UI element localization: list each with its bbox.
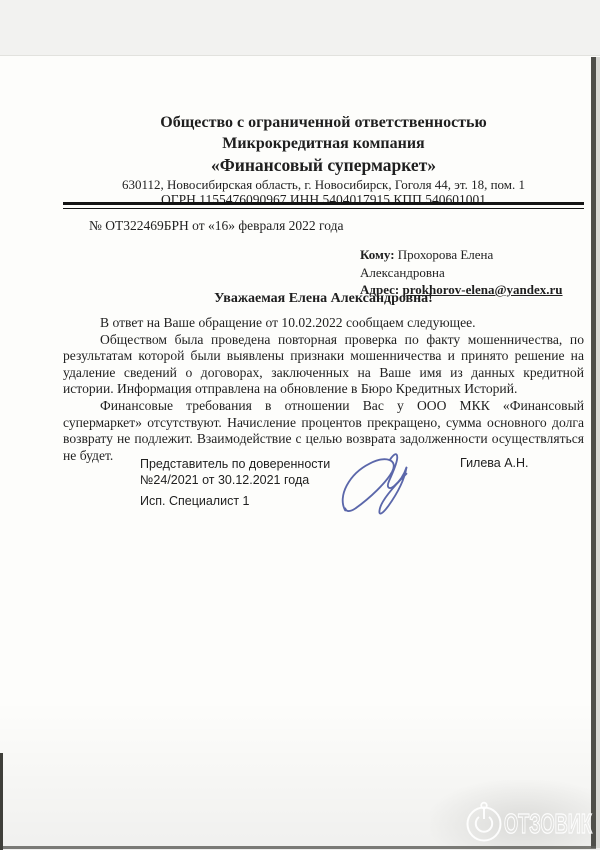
company-address: 630112, Новосибирская область, г. Новоси… xyxy=(63,177,584,192)
camera-lens-icon xyxy=(468,803,501,841)
letter-body: В ответ на Ваше обращение от 10.02.2022 … xyxy=(63,315,584,464)
body-paragraph-2: Обществом была проведена повторная прове… xyxy=(63,332,584,398)
body-paragraph-1: В ответ на Ваше обращение от 10.02.2022 … xyxy=(63,315,584,332)
signature-ink xyxy=(333,447,435,529)
otzovik-watermark: ОТЗОВИК xyxy=(452,791,598,848)
otzovik-logo-text: ОТЗОВИК xyxy=(504,808,593,839)
reference-number-line: № ОТ322469БРН от «16» февраля 2022 года xyxy=(89,218,343,234)
company-name-line-2: Микрокредитная компания xyxy=(63,133,584,154)
scanned-letter-screenshot: Общество с ограниченной ответственностью… xyxy=(0,0,600,850)
representative-line-1: Представитель по доверенности xyxy=(140,456,330,472)
body-paragraph-3: Финансовые требования в отношении Вас у … xyxy=(63,398,584,464)
executor-line: Исп. Специалист 1 xyxy=(140,494,249,508)
representative-block: Представитель по доверенности №24/2021 о… xyxy=(140,456,330,488)
company-name-line-1: Общество с ограниченной ответственностью xyxy=(63,112,584,133)
company-name-line-3: «Финансовый супермаркет» xyxy=(63,154,584,176)
scan-edge-left xyxy=(0,753,3,850)
salutation: Уважаемая Елена Александровна! xyxy=(63,291,584,307)
scan-edge-right-outer xyxy=(596,57,600,848)
letterhead-divider-rule xyxy=(63,202,584,209)
recipient-to-line: Кому: Прохорова Елена Александровна xyxy=(360,246,580,281)
representative-line-2: №24/2021 от 30.12.2021 года xyxy=(140,472,330,488)
letterhead: Общество с ограниченной ответственностью… xyxy=(63,112,584,207)
to-label: Кому: xyxy=(360,247,395,262)
signer-name: Гилева А.Н. xyxy=(460,456,529,470)
